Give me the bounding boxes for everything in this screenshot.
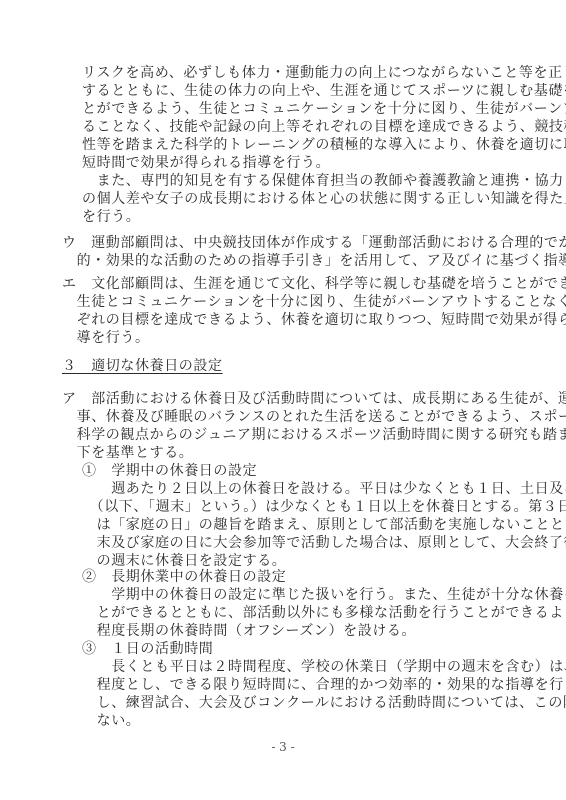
paragraph-line: ア 部活動における休養日及び活動時間については、成長期にある生徒が、運動、食 [62, 390, 566, 408]
paragraph-line: を行う。 [82, 208, 140, 226]
paragraph-line: （以下、「週末」という。）は少なくとも１日以上を休養日とする。第３日曜日 [82, 498, 566, 516]
paragraph-line: し、練習試合、大会及びコンクールにおける活動時間については、この限りでは [82, 694, 566, 712]
paragraph-line: 長くとも平日は２時間程度、学校の休業日（学期中の週末を含む）は、３時間 [82, 658, 566, 676]
paragraph-line: 性等を踏まえた科学的トレーニングの積極的な導入により、休養を適切に取りつつ、 [82, 136, 566, 154]
page-number: - 3 - [0, 740, 566, 754]
paragraph-line: ウ 運動部顧問は、中央競技団体が作成する「運動部活動における合理的でかつ効率 [62, 234, 566, 252]
paragraph-line: 導を行う。 [62, 329, 150, 347]
paragraph-line: 学期中の休養日の設定に準じた扱いを行う。また、生徒が十分な休養を取るこ [82, 586, 566, 604]
paragraph-line: 週あたり２日以上の休養日を設ける。平日は少なくとも１日、土日及び日曜日 [82, 480, 566, 498]
paragraph-line: ① 学期中の休養日の設定 [82, 462, 257, 480]
paragraph-line: 科学の観点からのジュニア期におけるスポーツ活動時間に関する研究も踏まえ、以 [62, 426, 566, 444]
paragraph-line: ることなく、技能や記録の向上等それぞれの目標を達成できるよう、競技種目の特 [82, 118, 566, 136]
paragraph-line: エ 文化部顧問は、生涯を通じて文化、科学等に親しむ基礎を培うことができるよう、 [62, 275, 566, 293]
paragraph-line: ない。 [82, 712, 140, 730]
paragraph-line: は「家庭の日」の趣旨を踏まえ、原則として部活動を実施しないこととする。週 [82, 516, 566, 534]
paragraph-line: 下を基準とする。 [62, 444, 193, 462]
paragraph-line: 程度長期の休養時間（オフシーズン）を設ける。 [82, 622, 416, 640]
paragraph-line: の個人差や女子の成長期における体と心の状態に関する正しい知識を得た上で指導 [82, 190, 566, 208]
paragraph-line: ぞれの目標を達成できるよう、休養を適切に取りつつ、短時間で効果が得られる指 [62, 311, 566, 329]
paragraph-line: ② 長期休業中の休養日の設定 [82, 568, 286, 586]
section-heading: ３ 適切な休養日の設定 [62, 357, 223, 375]
paragraph-line: 的・効果的な活動のための指導手引き」を活用して、ア及びイに基づく指導を行う。 [62, 252, 566, 270]
paragraph-line: 短時間で効果が得られる指導を行う。 [82, 154, 330, 172]
paragraph-line: 末及び家庭の日に大会参加等で活動した場合は、原則として、大会終了後の直近 [82, 534, 566, 552]
paragraph-line: ③ １日の活動時間 [82, 640, 213, 658]
paragraph-line: 事、休養及び睡眠のバランスのとれた生活を送ることができるよう、スポーツ医・ [62, 408, 566, 426]
paragraph-line: 程度とし、できる限り短時間に、合理的かつ効率的・効果的な指導を行う。ただ [82, 676, 566, 694]
paragraph-line: 生徒とコミュニケーションを十分に図り、生徒がバーンアウトすることなく、それ [62, 293, 566, 311]
paragraph-line: リスクを高め、必ずしも体力・運動能力の向上につながらないこと等を正しく理解 [82, 64, 566, 82]
paragraph-line: とができるとともに、部活動以外にも多様な活動を行うことができるよう、ある [82, 604, 566, 622]
paragraph-line: とができるよう、生徒とコミュニケーションを十分に図り、生徒がバーンアウトす [82, 100, 566, 118]
paragraph-line: また、専門的知見を有する保健体育担当の教師や養護教諭と連携・協力し、発達 [82, 172, 566, 190]
paragraph-line: するとともに、生徒の体力の向上や、生涯を通じてスポーツに親しむ基礎を培うこ [82, 82, 566, 100]
